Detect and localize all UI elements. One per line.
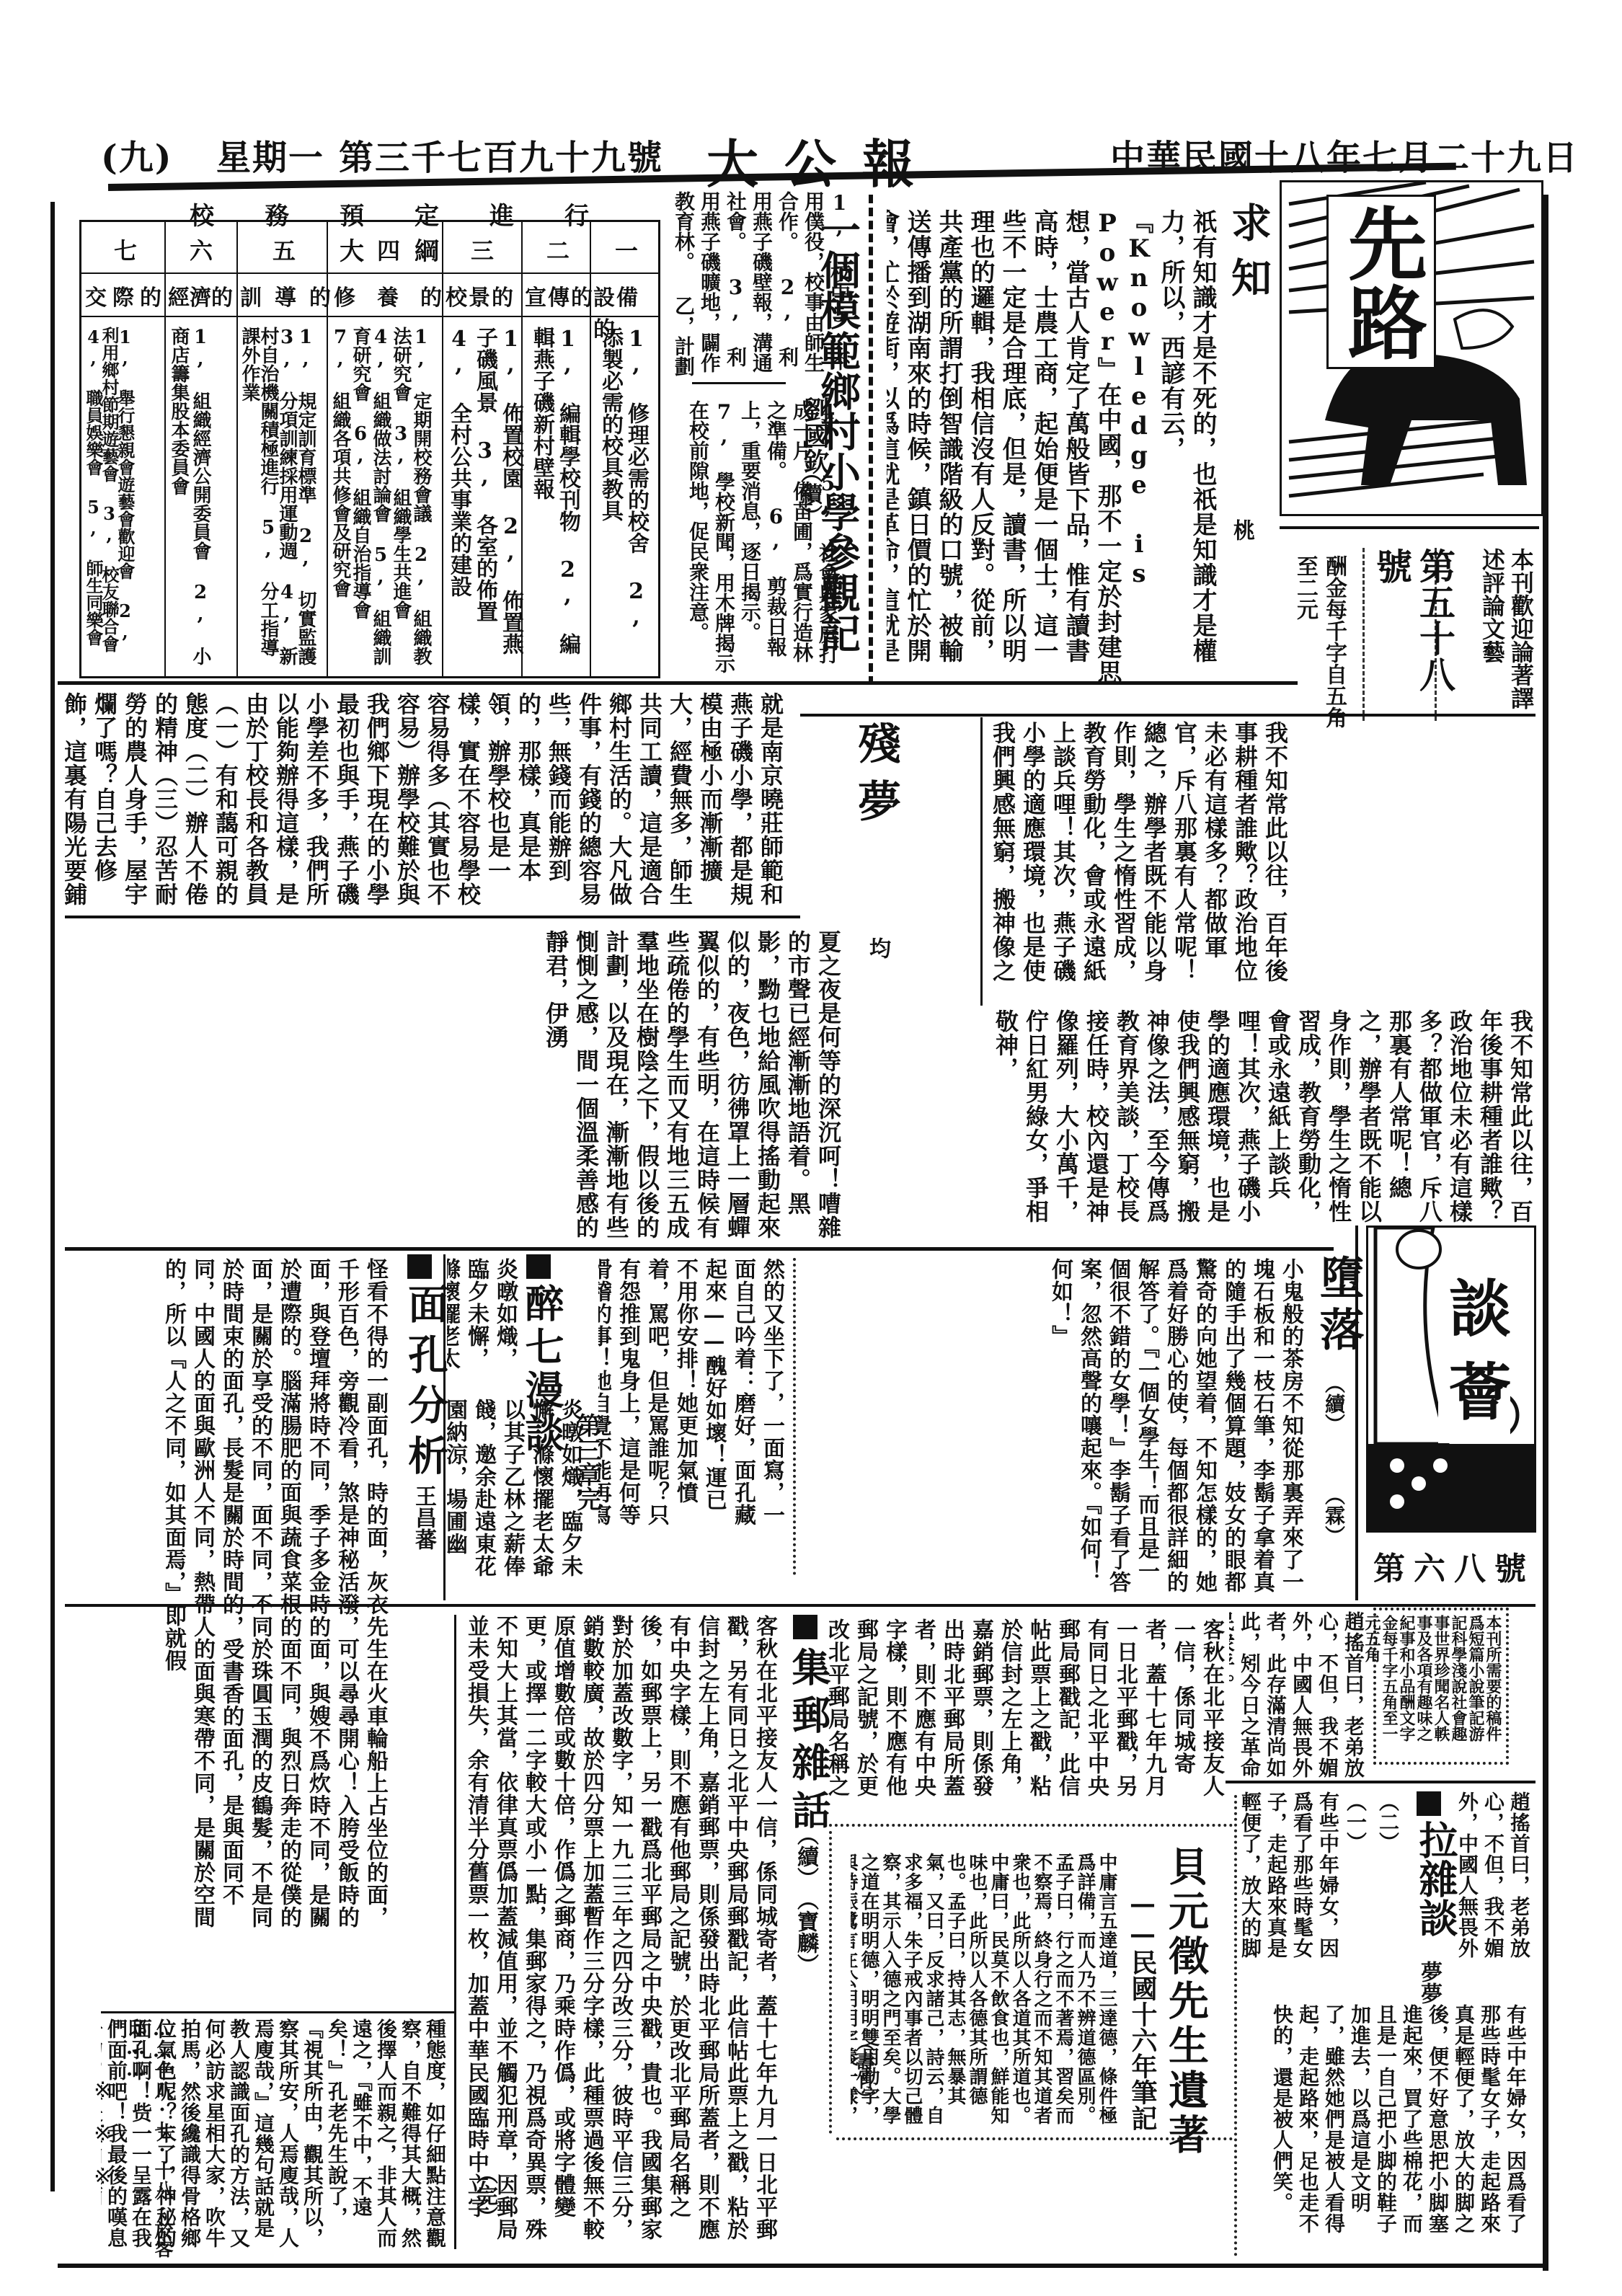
tanhui-title: 談薈 <box>1438 1276 1510 1443</box>
section-marker-icon <box>407 1254 432 1279</box>
reference-mark-icon: ※ <box>94 2069 123 2112</box>
lazatan-author: 夢夢 <box>1413 1961 1445 2004</box>
table-col-divider <box>236 222 238 676</box>
column-rule <box>869 195 877 685</box>
section-divider <box>65 1604 1535 1607</box>
lazatan-item-1: 有些中年婦女，因爲看了那些時髦女子，走起路來真是輕便了，放大的脚之後，便不好意思… <box>1240 1791 1341 1979</box>
table-cell: 1, 舉行懇親會遊藝會歡迎會 2, 利用鄉村節期遊藝會 3, 校友聯合會 4, … <box>85 327 133 665</box>
reference-mark-icon: ※ <box>94 2155 123 2199</box>
qiuzhi-body: 祇有知識才是不死的，也祇是知識才是權力，所以，西諺有云，『Knowledge i… <box>887 209 1218 685</box>
model-school-plan-items: 4, 5, 社會與家庭打成一片。備苗圃，爲實行造林之準備。 6, 剪裁日報上，重… <box>685 400 841 674</box>
table-col-num: 一 <box>615 233 638 266</box>
section-divider <box>65 916 800 918</box>
section-divider <box>58 681 1298 685</box>
issue-number: 第三千七百九十九號 <box>339 130 663 179</box>
duoluo-body: 小鬼般的茶房不知從那裏弄來了一塊石板和一枝石筆，李鬍子拿着真的隨手出了幾個算題，… <box>822 1258 1305 1597</box>
canmeng-author: 均 <box>861 937 893 959</box>
masthead-divider <box>1280 526 1539 529</box>
masthead-payment: 酬金每千字自五角至二元 <box>1290 555 1348 728</box>
table-cell: 1, 組織經濟公開委員會 2, 小商店籌集股本委員會 <box>168 327 211 665</box>
lazatan-preceding-body: 趙搖首曰，老弟放心，不但，我不媚外，中國人無畏外者，此存滿清尚如此，矧今日之革命… <box>1229 1611 1366 1781</box>
bei-body: 中庸言五達道，三達德，條件極爲詳備，而人乃不辨道德區別。孟子曰，行之而不著焉，習… <box>851 1853 1117 2134</box>
column-rule <box>454 1615 456 2249</box>
table-cell: 1, 規定訓育標準 2, 切實監護 3, 分項訓練採用運動週 4, 新村自治機關… <box>240 327 315 665</box>
lazatan-num-2: （二） <box>1373 1791 1402 1852</box>
model-school-intro: 1, 校中5,不用僕役，校事由師生合作。 2, 利用燕子磯壁報，溝通社會。 3,… <box>670 191 852 378</box>
bei-author: （壽竹） <box>851 2033 877 2108</box>
intro-item: 乙，計劃 <box>672 296 696 376</box>
ornament-marks: ※ ※ ※ <box>94 2069 123 2199</box>
reference-mark-icon: ※ <box>94 2112 123 2155</box>
section-divider <box>1226 1781 1535 1783</box>
bei-subtitle: ——民國十六年筆記 <box>1125 1889 1161 2131</box>
canmeng-title: 殘夢 <box>851 721 901 836</box>
table-col-heading: 宣傳的 <box>525 280 594 311</box>
intro-divider <box>692 382 786 384</box>
jiyou-body-top-right: 客秋在北平接友人一信，係同城寄者，蓋十七年九月一日北平郵戳，另有同日之北平中央郵… <box>822 1618 1226 1806</box>
jiyou-body: 客秋在北平接友人一信，係同城寄者，蓋十七年九月一日北平郵戳，另有同日之北平中央郵… <box>461 1615 779 2249</box>
call-for-papers-text: 本刊所需要的稿件爲短篇小說筆記游記科學淺說社會趣事世界珍聞名人軼事及各項有趣味之… <box>1363 1615 1502 1755</box>
section-divider <box>65 1247 1334 1251</box>
story-ending-body: 然的又坐下了，一面寫，一面自己吟着：磨好，面孔藏起來——醜好如壞！運已不用你安排… <box>598 1258 786 1532</box>
column-rule <box>980 717 983 1006</box>
paper-name: 大公報 <box>706 123 940 198</box>
canmeng-body: 夏之夜是何等的深沉呵！嘈雜的市聲已經漸漸地語着。黑影，黝乜地給風吹得搖動起來似的… <box>65 930 843 1247</box>
table-cell: 1, 編輯學校刊物 2, 編輯燕子磯新村壁報 <box>528 327 580 665</box>
duoluo-title: 墮落 <box>1312 1254 1364 1358</box>
dotted-divider <box>1234 1795 1237 2256</box>
miankong-author: 王昌蕃 <box>407 1485 439 1550</box>
call-for-papers-box: 本刊所需要的稿件爲短篇小說筆記游記科學淺說社會趣事世界珍聞名人軼事及各項有趣味之… <box>1373 1608 1509 1765</box>
table-col-num: 六 <box>190 233 213 266</box>
lazatan-item-1-continued: 有些中年婦女，因爲看了那些時髦女子，走起路來真是輕便了，放大的脚之後，便不好意思… <box>1240 2004 1528 2249</box>
section-marker-icon <box>1417 1791 1441 1816</box>
qiuzhi-author: 桃 <box>1226 519 1257 541</box>
jiyou-author: （寶麟） <box>789 1889 821 1975</box>
table-col-heading: 交際的 <box>85 280 167 311</box>
table-col-num: 七 <box>114 233 137 266</box>
dotted-frame-left <box>829 1831 832 2134</box>
table-row-rule <box>81 272 658 274</box>
zuiqi-body-continued: 炎暾如熾，臨夕未懈，滌懷擺老太爺以其子乙林之薪俸餞，邀余赴遠東花園納涼，場圃幽邃… <box>447 1399 584 1593</box>
jiyou-continued: （續） <box>789 1824 821 1889</box>
table-col-num: 三 <box>471 233 494 266</box>
model-school-body: 就是南京曉莊師範和燕子磯小學，都是規模由極小而漸漸擴大，經費無多，師生共同工讀，… <box>65 692 786 908</box>
section-marker-icon <box>526 1254 551 1279</box>
weekday: 星期一 <box>216 130 324 179</box>
bottom-rule <box>58 2264 1543 2268</box>
plan-item: 7, 學校新聞，用木牌揭示在校前隙地，促民衆注意。 <box>686 400 736 673</box>
zuiqi-body: 炎暾如熾，臨夕未懈，滌懷擺老太爺以其子乙林之薪俸餞，邀余赴遠東花園納涼，場圃幽邃… <box>447 1258 519 1373</box>
dotted-divider <box>793 1258 796 1575</box>
education-essay-continued: 我不知常此以往，百年後事耕種者誰歟？政治地位未必有這樣多？都做軍官，斥八那裏有人… <box>988 1009 1535 1240</box>
section-marker-icon <box>793 1615 817 1639</box>
miankong-signoff: ……十八·七·十八·於客邸…… <box>123 2018 176 2296</box>
duoluo-continued: （續） <box>1319 1373 1348 1434</box>
masthead-notice: 本刊歡迎論著譯述評論文藝 <box>1478 548 1535 721</box>
tanhui-issue: 第六八號 <box>1373 1543 1535 1589</box>
xianlu-title: 先路 <box>1326 195 1436 369</box>
duoluo-author: （霖） <box>1319 1485 1348 1546</box>
lazatan-num-1: （一） <box>1341 1791 1370 1852</box>
qiuzhi-title: 求知 <box>1226 202 1272 311</box>
jiyou-end: （完） <box>469 2163 500 2228</box>
table-cell: 1, 佈置校園 2, 佈置燕子磯風景 3, 各室的佈置 4, 全村公共事業的建設 <box>446 327 523 665</box>
wavy-divider <box>1362 548 1365 721</box>
lazatan-item-2: 趙搖首曰，老弟放心，不但，我不媚外，中國人無畏外者，此存滿清尚如此，矧今日之革命… <box>1453 1791 1532 1979</box>
table-col-num: 四 <box>377 233 400 266</box>
outline-table: 一 設備的 1, 修理必需的校舍 2, 添製必需的校具教具 二 宣傳的 1, 編… <box>79 220 660 678</box>
section-divider <box>800 714 1535 717</box>
miankong-title: 面孔分析 <box>400 1283 451 1485</box>
dotted-divider <box>829 1824 1233 1827</box>
page-number: (九) <box>101 130 172 179</box>
dotted-divider <box>836 2137 1233 2140</box>
table-col-num: 五 <box>272 233 296 266</box>
education-essay-body: 我不知常此以往，百年後事耕種者誰歟？政治地位未必有這樣多？都做軍官，斥八那裏有人… <box>988 721 1290 995</box>
right-border <box>1543 195 1548 2271</box>
table-col-heading: 修養的 <box>334 280 464 311</box>
table-col-heading: 經濟的 <box>168 280 233 311</box>
table-cell: 1, 定期開校務會議 2, 組織教法研究會 3, 組織學生共進會 4, 組織做法… <box>330 327 431 665</box>
table-row-rule <box>81 316 658 317</box>
table-col-num: 二 <box>546 233 570 266</box>
left-border <box>50 202 55 2191</box>
masthead-issue: 第五十八號 <box>1370 548 1456 721</box>
section-divider <box>101 2011 454 2013</box>
table-col-heading: 訓導的 <box>240 280 344 311</box>
bei-title: 貝元徵先生遺著 <box>1161 1845 1211 2158</box>
table-cell: 1, 修理必需的校舍 2, 添製必需的校具教具 <box>597 327 649 665</box>
